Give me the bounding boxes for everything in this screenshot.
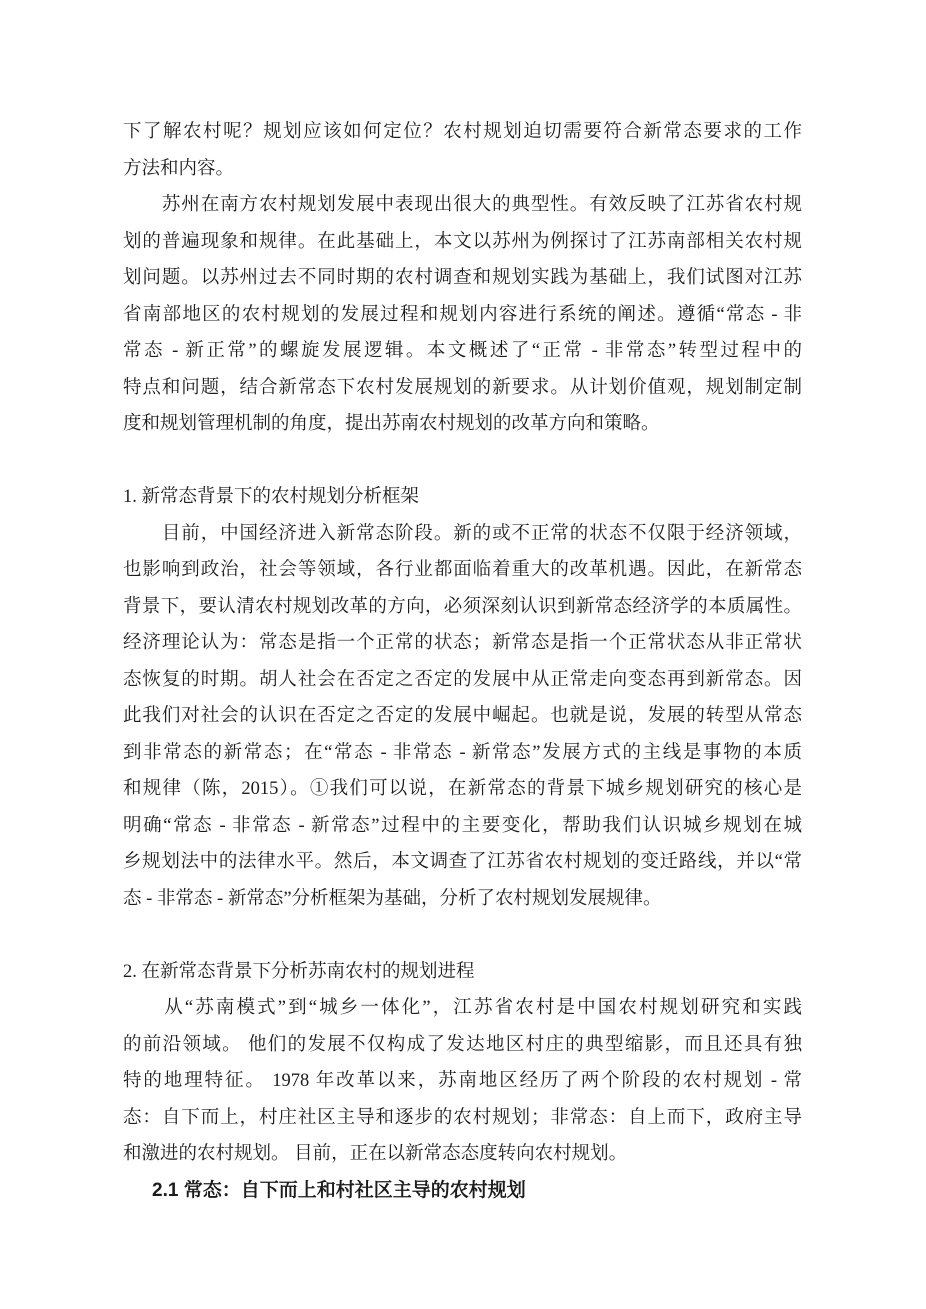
paragraph-line: 乡规划法中的法律水平。然后，本文调查了江苏省农村规划的变迁路线，并以“常 — [123, 844, 802, 881]
paragraph-line: 省南部地区的农村规划的发展过程和规划内容进行系统的阐述。遵循“常态 - 非 — [123, 297, 802, 334]
paragraph-line: 和激进的农村规划。 目前，正在以新常态态度转向农村规划。 — [123, 1136, 802, 1173]
paragraph-line: 态恢复的时期。胡人社会在否定之否定的发展中从正常走向变态再到新常态。因 — [123, 662, 802, 699]
blank-line — [123, 917, 802, 954]
text-column: 下了解农村呢？规划应该如何定位？农村规划迫切需要符合新常态要求的工作 方法和内容… — [123, 114, 802, 1209]
section-1-heading: 1. 新常态背景下的农村规划分析框架 — [123, 479, 802, 516]
paragraph-line: 态：自下而上，村庄社区主导和逐步的农村规划；非常态：自上而下，政府主导 — [123, 1100, 802, 1137]
paragraph-line: 下了解农村呢？规划应该如何定位？农村规划迫切需要符合新常态要求的工作 — [123, 114, 802, 151]
paragraph-line: 明确“常态 - 非常态 - 新常态”过程中的主要变化，帮助我们认识城乡规划在城 — [123, 808, 802, 845]
paragraph-line: 度和规划管理机制的角度，提出苏南农村规划的改革方向和策略。 — [123, 406, 802, 443]
paragraph-line: 苏州在南方农村规划发展中表现出很大的典型性。有效反映了江苏省农村规 — [123, 187, 802, 224]
paragraph-line: 背景下，要认清农村规划改革的方向，必须深刻认识到新常态经济学的本质属性。 — [123, 589, 802, 626]
paragraph-line: 划问题。以苏州过去不同时期的农村调查和规划实践为基础上，我们试图对江苏 — [123, 260, 802, 297]
paragraph-line: 到非常态的新常态；在“常态 - 非常态 - 新常态”发展方式的主线是事物的本质 — [123, 735, 802, 772]
paragraph-line: 从“苏南模式”到“城乡一体化”，江苏省农村是中国农村规划研究和实践 — [123, 990, 802, 1027]
paragraph-line: 态 - 非常态 - 新常态”分析框架为基础，分析了农村规划发展规律。 — [123, 881, 802, 918]
paragraph-line: 目前，中国经济进入新常态阶段。新的或不正常的状态不仅限于经济领域， — [123, 516, 802, 553]
paragraph-line: 的前沿领域。 他们的发展不仅构成了发达地区村庄的典型缩影，而且还具有独 — [123, 1027, 802, 1064]
paragraph-line: 特的地理特征。 1978 年改革以来，苏南地区经历了两个阶段的农村规划 - 常 — [123, 1063, 802, 1100]
paragraph-line: 经济理论认为：常态是指一个正常的状态；新常态是指一个正常状态从非正常状 — [123, 625, 802, 662]
section-2-1-subheading: 2.1 常态：自下而上和村社区主导的农村规划 — [123, 1173, 802, 1210]
paragraph-line: 特点和问题，结合新常态下农村发展规划的新要求。从计划价值观，规划制定制 — [123, 370, 802, 407]
section-2-heading: 2. 在新常态背景下分析苏南农村的规划进程 — [123, 954, 802, 991]
blank-line — [123, 443, 802, 480]
paragraph-line: 也影响到政治，社会等领域，各行业都面临着重大的改革机遇。因此，在新常态 — [123, 552, 802, 589]
paragraph-line: 常态 - 新正常”的螺旋发展逻辑。本文概述了“正常 - 非常态”转型过程中的 — [123, 333, 802, 370]
document-page: 下了解农村呢？规划应该如何定位？农村规划迫切需要符合新常态要求的工作 方法和内容… — [0, 0, 926, 1309]
paragraph-line: 此我们对社会的认识在否定之否定的发展中崛起。也就是说，发展的转型从常态 — [123, 698, 802, 735]
paragraph-line: 划的普遍现象和规律。在此基础上，本文以苏州为例探讨了江苏南部相关农村规 — [123, 224, 802, 261]
paragraph-line: 方法和内容。 — [123, 151, 802, 188]
paragraph-line: 和规律（陈，2015）。①我们可以说，在新常态的背景下城乡规划研究的核心是 — [123, 771, 802, 808]
